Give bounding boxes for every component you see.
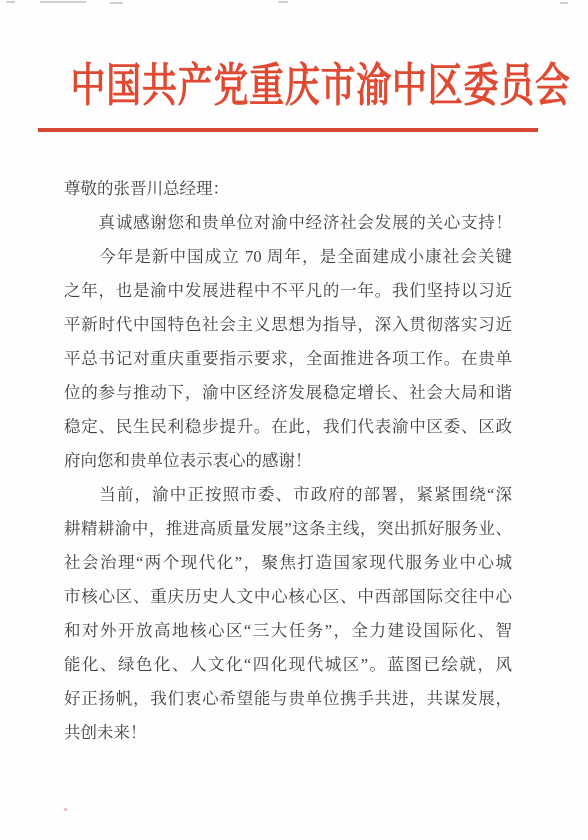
letter-body: 尊敬的张晋川总经理： 真诚感谢您和贵单位对渝中经济社会发展的关心支持！ 今年是新…	[64, 172, 512, 750]
body-line: 市核心区、重庆历史人文中心核心区、中西部国际交往中心	[64, 580, 512, 614]
letterhead-org-name: 中国共产党重庆市渝中区委员会	[71, 62, 518, 111]
body-line: 位的参与推动下，渝中区经济发展稳定增长、社会大局和谐	[64, 376, 512, 410]
body-line: 当前，渝中正按照市委、市政府的部署，紧紧围绕“深	[64, 478, 512, 512]
salutation-line: 尊敬的张晋川总经理：	[64, 172, 512, 206]
letterhead-rule	[38, 128, 538, 132]
body-line: 平新时代中国特色社会主义思想为指导，深入贯彻落实习近	[64, 308, 512, 342]
body-line: 社会治理“两个现代化”，聚焦打造国家现代服务业中心城	[64, 546, 512, 580]
body-line: 耕精耕渝中，推进高质量发展”这条主线，突出抓好服务业、	[64, 512, 512, 546]
scan-artifact	[560, 2, 568, 4]
body-line: 之年，也是渝中发展进程中不平凡的一年。我们坚持以习近	[64, 274, 512, 308]
closing-line: 共创未来！	[64, 716, 512, 750]
body-line: 稳定、民生民利稳步提升。在此，我们代表渝中区委、区政	[64, 410, 512, 444]
body-line: 和对外开放高地核心区“三大任务”，全力建设国际化、智	[64, 614, 512, 648]
scan-artifact	[64, 808, 67, 811]
body-line: 好正扬帆，我们衷心希望能与贵单位携手共进，共谋发展，	[64, 682, 512, 716]
body-line: 平总书记对重庆重要指示要求，全面推进各项工作。在贵单	[64, 342, 512, 376]
scan-artifact	[6, 1, 15, 3]
scan-artifact	[110, 2, 123, 4]
scanned-letter-page: 中国共产党重庆市渝中区委员会 尊敬的张晋川总经理： 真诚感谢您和贵单位对渝中经济…	[0, 0, 588, 840]
body-line: 今年是新中国成立 70 周年，是全面建成小康社会关键	[64, 240, 512, 274]
body-line: 真诚感谢您和贵单位对渝中经济社会发展的关心支持！	[64, 206, 512, 240]
body-line: 能化、绿色化、人文化“四化现代城区”。蓝图已绘就，风	[64, 648, 512, 682]
body-line: 府向您和贵单位表示衷心的感谢！	[64, 444, 512, 478]
scan-artifact	[40, 1, 86, 3]
scan-artifact	[278, 1, 288, 3]
